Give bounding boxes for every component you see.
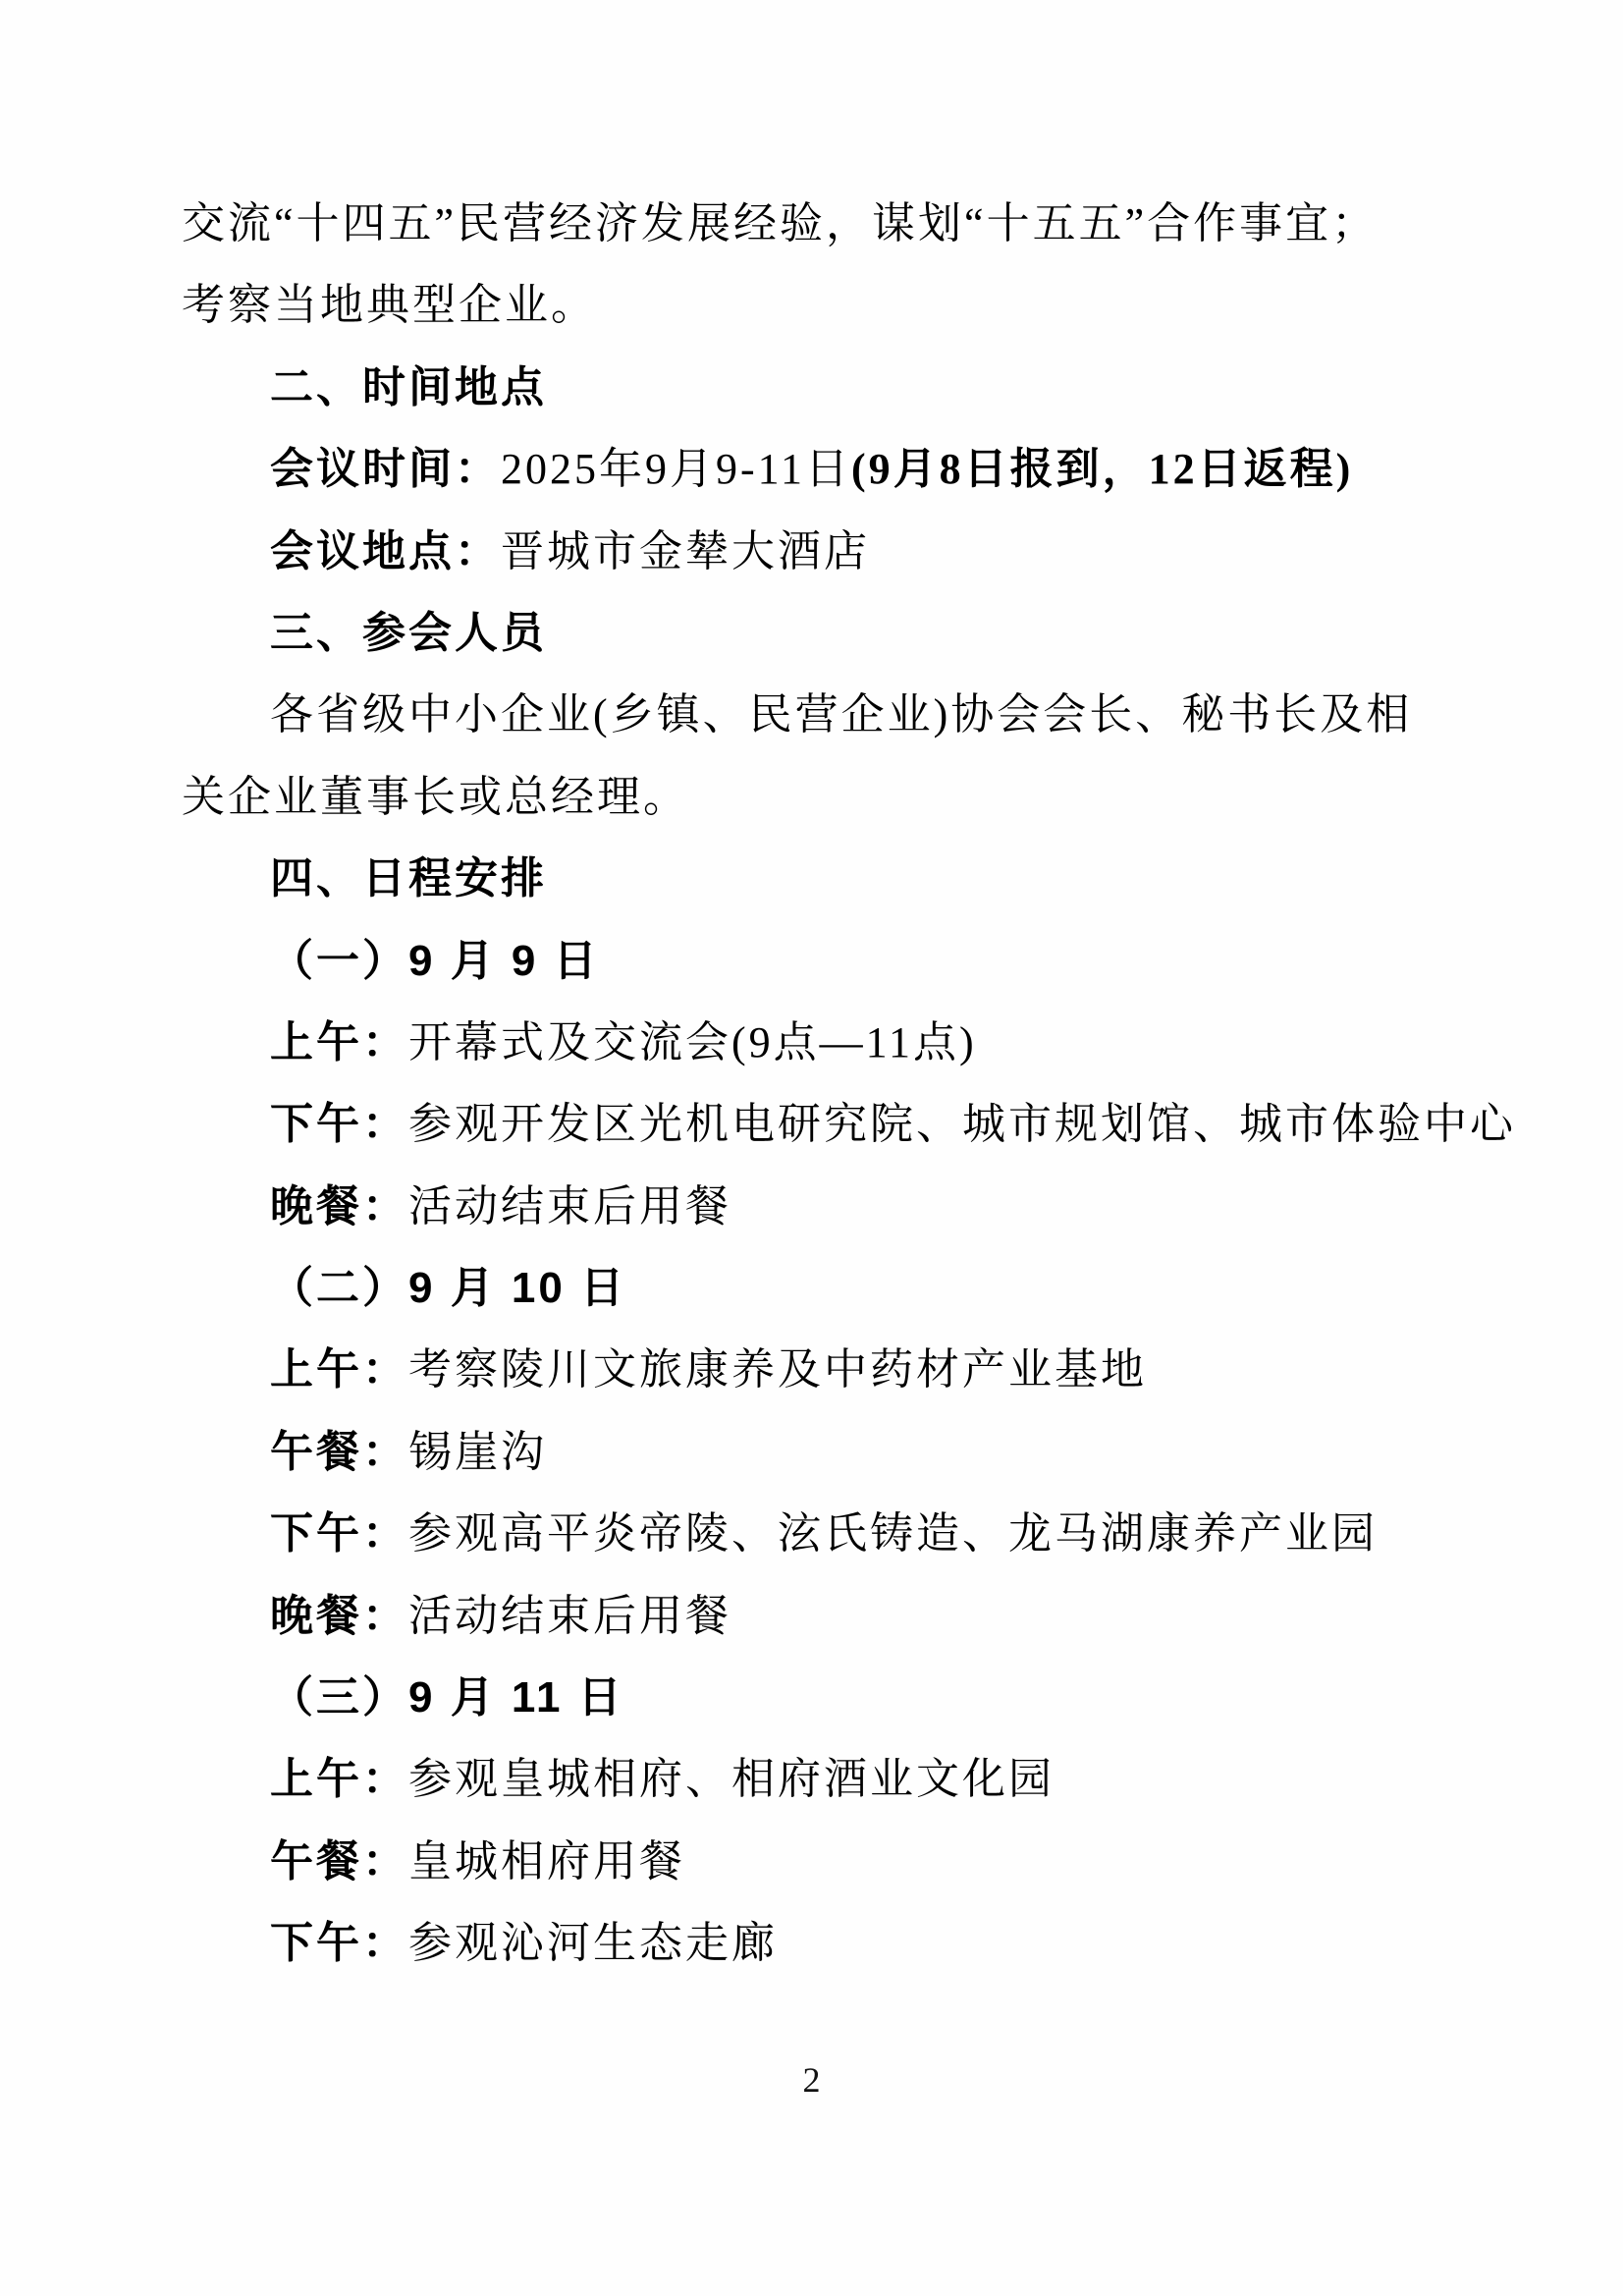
doc-line: 四、日程安排 [182, 838, 1419, 919]
text-segment: 参观开发区光机电研究院、城市规划馆、城市体验中心 [408, 1100, 1516, 1148]
doc-line: 会议时间：2025年9月9-11日(9月8日报到，12日返程) [182, 428, 1419, 510]
text-segment: 午餐： [270, 1837, 408, 1886]
doc-line: 上午：参观皇城相府、相府酒业文化园 [182, 1738, 1419, 1820]
text-segment: 参观皇城相府、相府酒业文化园 [408, 1755, 1055, 1803]
text-segment: 上午： [270, 1345, 408, 1394]
text-segment: 各省级中小企业(乡镇、民营企业)协会会长、秘书长及相 [270, 690, 1412, 738]
doc-line: 二、时间地点 [182, 347, 1419, 428]
text-segment: 三、参会人员 [270, 609, 547, 657]
doc-line: 三、参会人员 [182, 592, 1419, 674]
text-segment: 参观沁河生态走廊 [408, 1919, 778, 1967]
text-segment: 考察当地典型企业。 [182, 281, 597, 329]
doc-line: 会议地点：晋城市金辇大酒店 [182, 511, 1419, 592]
text-segment: 下午： [270, 1100, 408, 1148]
text-segment: 会议时间： [270, 445, 501, 493]
doc-line: 晚餐：活动结束后用餐 [182, 1166, 1419, 1247]
text-segment: （二）9 月 10 日 [270, 1264, 626, 1312]
doc-line: 各省级中小企业(乡镇、民营企业)协会会长、秘书长及相 [182, 674, 1419, 755]
text-segment: 活动结束后用餐 [408, 1592, 731, 1640]
doc-line: 上午：考察陵川文旅康养及中药材产业基地 [182, 1329, 1419, 1410]
text-segment: (9月8日报到，12日返程) [851, 445, 1353, 493]
text-segment: 上午： [270, 1018, 408, 1066]
text-segment: 交流“十四五”民营经济发展经验，谋划“十五五”合作事宜； [182, 199, 1378, 247]
document-page: 交流“十四五”民营经济发展经验，谋划“十五五”合作事宜；考察当地典型企业。二、时… [0, 0, 1623, 2296]
doc-line: （二）9 月 10 日 [182, 1247, 1419, 1329]
text-segment: 会议地点： [270, 527, 501, 575]
text-segment: （三）9 月 11 日 [270, 1673, 624, 1722]
text-segment: 皇城相府用餐 [408, 1837, 685, 1886]
text-segment: 考察陵川文旅康养及中药材产业基地 [408, 1345, 1147, 1394]
doc-line: 考察当地典型企业。 [182, 264, 1419, 346]
doc-line: 下午：参观沁河生态走廊 [182, 1902, 1419, 1984]
text-segment: 下午： [270, 1919, 408, 1967]
doc-line: （一）9 月 9 日 [182, 920, 1419, 1002]
text-segment: 上午： [270, 1755, 408, 1803]
doc-line: （三）9 月 11 日 [182, 1657, 1419, 1738]
text-segment: 关企业董事长或总经理。 [182, 773, 689, 821]
text-segment: 活动结束后用餐 [408, 1182, 731, 1230]
doc-line: 午餐：锡崖沟 [182, 1411, 1419, 1493]
text-segment: 开幕式及交流会(9点—11点) [408, 1018, 977, 1066]
doc-line: 午餐：皇城相府用餐 [182, 1821, 1419, 1902]
page-number: 2 [0, 2050, 1623, 2109]
doc-line: 交流“十四五”民营经济发展经验，谋划“十五五”合作事宜； [182, 183, 1419, 264]
text-segment: 锡崖沟 [408, 1428, 547, 1476]
doc-line: 下午：参观高平炎帝陵、泫氏铸造、龙马湖康养产业园 [182, 1493, 1419, 1574]
text-segment: 2025年9月9-11日 [501, 445, 851, 493]
doc-line: 晚餐：活动结束后用餐 [182, 1575, 1419, 1657]
text-segment: （一）9 月 9 日 [270, 937, 600, 985]
text-segment: 午餐： [270, 1428, 408, 1476]
text-segment: 四、日程安排 [270, 854, 547, 902]
text-segment: 参观高平炎帝陵、泫氏铸造、龙马湖康养产业园 [408, 1509, 1378, 1558]
text-segment: 二、时间地点 [270, 363, 547, 411]
text-segment: 下午： [270, 1509, 408, 1558]
document-body: 交流“十四五”民营经济发展经验，谋划“十五五”合作事宜；考察当地典型企业。二、时… [182, 183, 1419, 1985]
text-segment: 晋城市金辇大酒店 [501, 527, 870, 575]
text-segment: 晚餐： [270, 1182, 408, 1230]
doc-line: 关企业董事长或总经理。 [182, 756, 1419, 838]
doc-line: 上午：开幕式及交流会(9点—11点) [182, 1002, 1419, 1083]
text-segment: 晚餐： [270, 1592, 408, 1640]
doc-line: 下午：参观开发区光机电研究院、城市规划馆、城市体验中心 [182, 1083, 1419, 1165]
